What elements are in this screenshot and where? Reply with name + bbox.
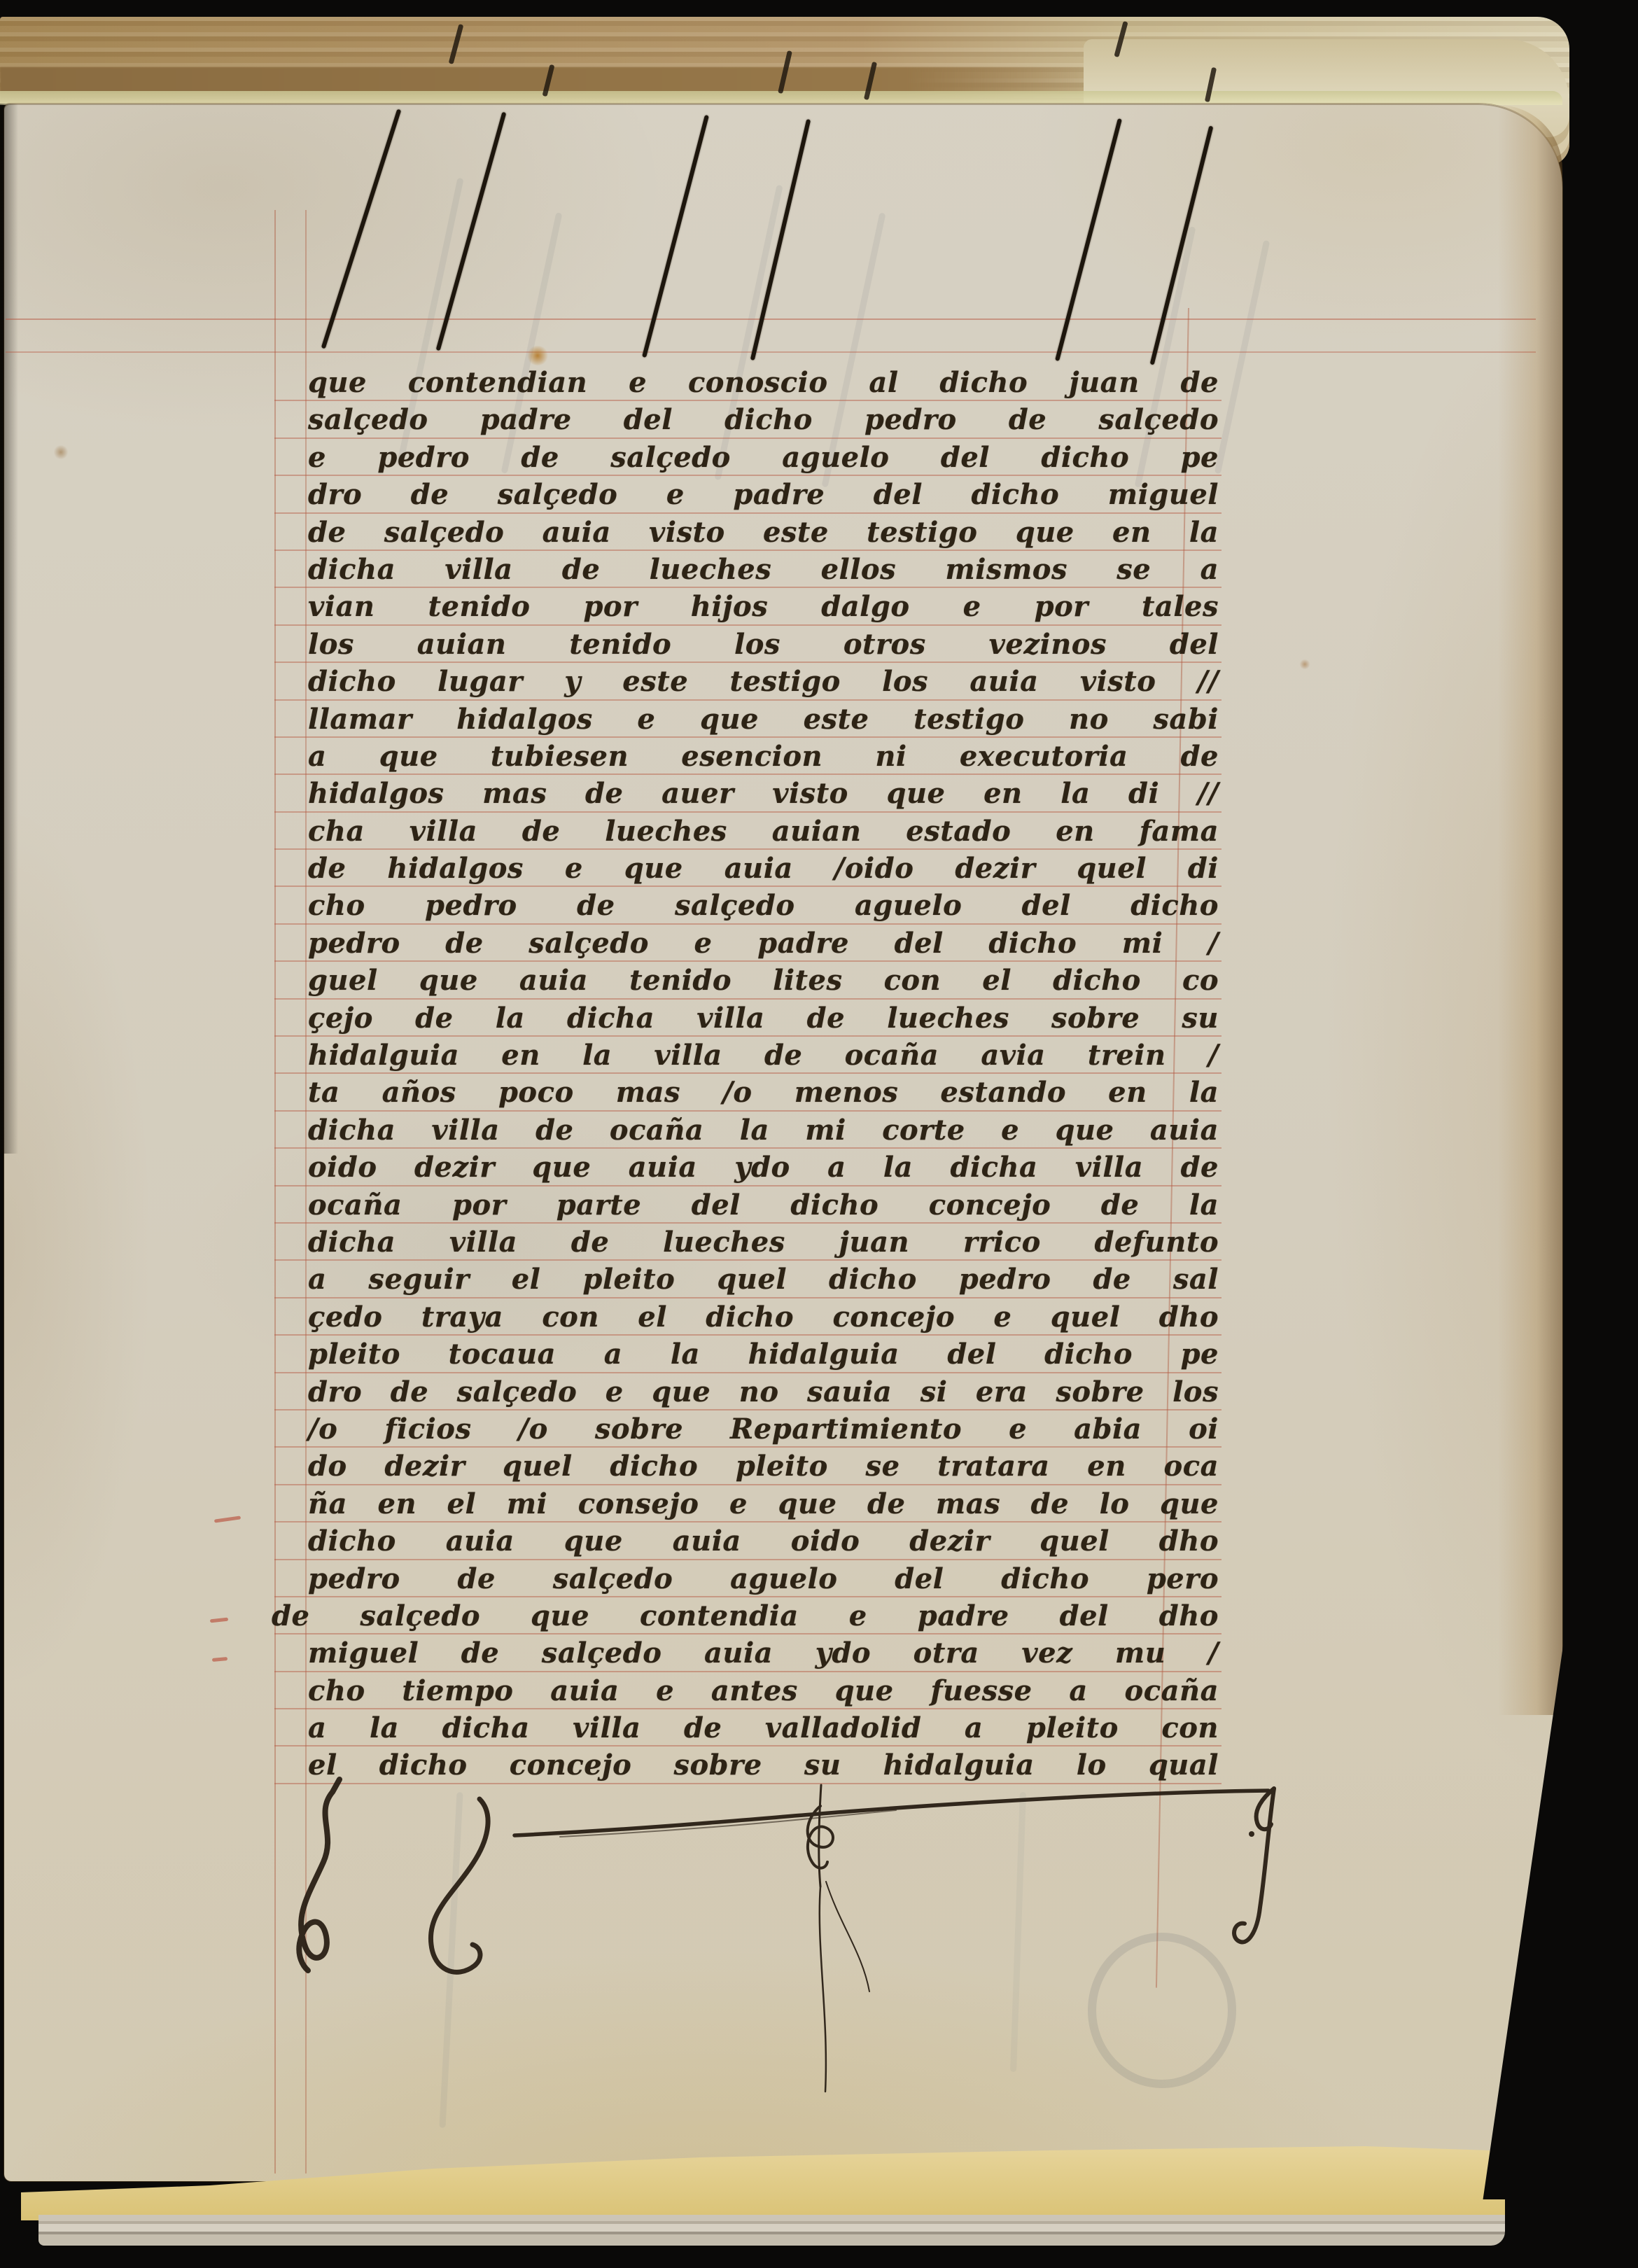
- manuscript-line: ta años poco mas /o menos estando en la: [274, 1074, 1221, 1111]
- manuscript-line: los auian tenido los otros vezinos del: [274, 626, 1221, 663]
- manuscript-line: do dezir quel dicho pleito se tratara en…: [274, 1448, 1221, 1485]
- ink-stain: [53, 445, 69, 459]
- page-left-shadow: [0, 104, 18, 1154]
- manuscript-line: dicho lugar y este testigo los auia vist…: [274, 663, 1221, 700]
- header-rule-line: [6, 318, 1536, 320]
- ink-stain: [526, 346, 549, 365]
- manuscript-line: llamar hidalgos e que este testigo no sa…: [274, 701, 1221, 738]
- manuscript-line: ocaña por parte del dicho concejo de la: [274, 1186, 1221, 1224]
- manuscript-line: dro de salçedo e padre del dicho miguel: [274, 476, 1221, 513]
- text-block: que contendian e conoscio al dicho juan …: [274, 364, 1221, 1784]
- header-rule-line: [6, 351, 1536, 353]
- manuscript-line: que contendian e conoscio al dicho juan …: [274, 364, 1221, 401]
- manuscript-line: hidalgos mas de auer visto que en la di …: [274, 775, 1221, 812]
- ink-stain: [1299, 659, 1310, 669]
- manuscript-line: dicha villa de ocaña la mi corte e que a…: [274, 1112, 1221, 1149]
- manuscript-line: ña en el mi consejo e que de mas de lo q…: [274, 1485, 1221, 1522]
- manuscript-line: dicha villa de lueches ellos mismos se a: [274, 551, 1221, 588]
- page-right-edge-shading: [1498, 105, 1562, 1715]
- manuscript-line: a que tubiesen esencion ni executoria de: [274, 738, 1221, 775]
- manuscript-line: de salçedo auia visto este testigo que e…: [274, 514, 1221, 551]
- manuscript-line: salçedo padre del dicho pedro de salçedo: [274, 401, 1221, 438]
- manuscript-line: /o ficios /o sobre Repartimiento e abia …: [274, 1410, 1221, 1448]
- manuscript-line: pedro de salçedo e padre del dicho mi /: [274, 925, 1221, 962]
- manuscript-line: oido dezir que auia ydo a la dicha villa…: [274, 1149, 1221, 1186]
- manuscript-line: a la dicha villa de valladolid a pleito …: [274, 1709, 1221, 1746]
- manuscript-line: vian tenido por hijos dalgo e por tales: [274, 588, 1221, 625]
- manuscript-line: cho tiempo auia e antes que fuesse a oca…: [274, 1672, 1221, 1709]
- manuscript-line: guel que auia tenido lites con el dicho …: [274, 962, 1221, 999]
- manuscript-line: hidalguia en la villa de ocaña avia trei…: [274, 1037, 1221, 1074]
- manuscript-scan: que contendian e conoscio al dicho juan …: [0, 0, 1638, 2268]
- manuscript-line: pedro de salçedo aguelo del dicho pero: [274, 1560, 1221, 1597]
- manuscript-line: de salçedo que contendia e padre del dho: [274, 1597, 1221, 1634]
- notary-flourish: [266, 1764, 1344, 2114]
- manuscript-line: dicho auia que auia oido dezir quel dho: [274, 1522, 1221, 1560]
- manuscript-line: çejo de la dicha villa de lueches sobre …: [274, 1000, 1221, 1037]
- manuscript-line: a seguir el pleito quel dicho pedro de s…: [274, 1261, 1221, 1298]
- manuscript-line: miguel de salçedo auia ydo otra vez mu /: [274, 1634, 1221, 1672]
- manuscript-line: e pedro de salçedo aguelo del dicho pe: [274, 439, 1221, 476]
- manuscript-line: pleito tocaua a la hidalguia del dicho p…: [274, 1336, 1221, 1373]
- manuscript-line: çedo traya con el dicho concejo e quel d…: [274, 1298, 1221, 1336]
- manuscript-line: cha villa de lueches auian estado en fam…: [274, 813, 1221, 850]
- page-stack-bottom-edge: [38, 2215, 1505, 2246]
- manuscript-line: de hidalgos e que auia /oido dezir quel …: [274, 850, 1221, 887]
- manuscript-line: dicha villa de lueches juan rrico defunt…: [274, 1224, 1221, 1261]
- manuscript-line: cho pedro de salçedo aguelo del dicho: [274, 887, 1221, 924]
- manuscript-line: dro de salçedo e que no sauia si era sob…: [274, 1373, 1221, 1410]
